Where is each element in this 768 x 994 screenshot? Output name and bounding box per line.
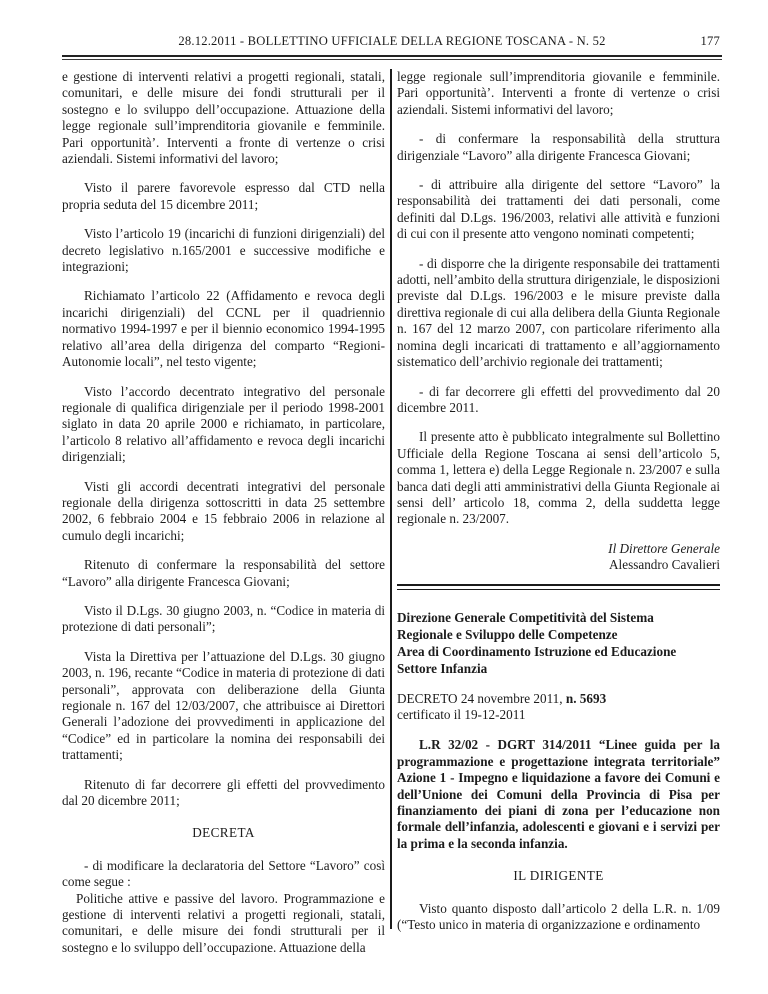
right-column: legge regionale sull’imprenditoria giova… [397,69,720,969]
body-paragraph: e gestione di interventi relativi a prog… [62,69,385,167]
bulletin-page: 28.12.2011 - BOLLETTINO UFFICIALE DELLA … [0,0,768,994]
page-header: 28.12.2011 - BOLLETTINO UFFICIALE DELLA … [62,34,722,49]
left-column: e gestione di interventi relativi a prog… [62,69,385,969]
column-divider [390,69,392,929]
decree-id-block: DECRETO 24 novembre 2011, n. 5693 certif… [397,691,720,724]
section-heading-line: Area di Coordinamento Istruzione ed Educ… [397,643,720,660]
decree-number-line: DECRETO 24 novembre 2011, n. 5693 [397,691,720,707]
body-paragraph: Visto l’accordo decentrato integrativo d… [62,384,385,466]
body-paragraph: Ritenuto di confermare la responsabilità… [62,557,385,590]
body-paragraph: - di confermare la responsabilità della … [397,131,720,164]
decree-certified: certificato il 19-12-2011 [397,707,720,723]
section-heading-line: Direzione Generale Competitività del Sis… [397,609,720,626]
body-paragraph: - di disporre che la dirigente responsab… [397,256,720,371]
body-paragraph: - di far decorrere gli effetti del provv… [397,384,720,417]
section-heading-line: Regionale e Sviluppo delle Competenze [397,626,720,643]
two-column-body: e gestione di interventi relativi a prog… [62,69,722,969]
page-number: 177 [701,34,721,49]
body-paragraph: - di modificare la declaratoria del Sett… [62,858,385,891]
section-heading: Direzione Generale Competitività del Sis… [397,609,720,677]
header-title: 28.12.2011 - BOLLETTINO UFFICIALE DELLA … [178,34,605,48]
body-paragraph: Visti gli accordi decentrati integrativi… [62,479,385,545]
body-paragraph: Visto il parere favorevole espresso dal … [62,180,385,213]
section-separator [397,584,720,590]
body-paragraph: - di attribuire alla dirigente del setto… [397,177,720,243]
decree-prefix: DECRETO 24 novembre 2011, [397,691,566,706]
dirigente-heading: IL DIRIGENTE [397,868,720,884]
body-paragraph: Il presente atto è pubblicato integralme… [397,429,720,527]
body-paragraph: Vista la Direttiva per l’attuazione del … [62,649,385,764]
body-paragraph: Visto l’articolo 19 (incarichi di funzio… [62,226,385,275]
body-paragraph: Ritenuto di far decorrere gli effetti de… [62,777,385,810]
header-rule [62,55,722,60]
body-paragraph: Richiamato l’articolo 22 (Affidamento e … [62,288,385,370]
decree-number: n. 5693 [566,691,606,706]
body-paragraph: legge regionale sull’imprenditoria giova… [397,69,720,118]
body-paragraph: Politiche attive e passive del lavoro. P… [62,891,385,957]
body-paragraph: Visto quanto disposto dall’articolo 2 de… [397,901,720,934]
decreta-heading: DECRETA [62,825,385,841]
decree-subject: L.R 32/02 - DGRT 314/2011 “Linee guida p… [397,737,720,852]
signature-role: Il Direttore Generale [397,541,720,557]
signature-name: Alessandro Cavalieri [397,557,720,573]
section-heading-line: Settore Infanzia [397,660,720,677]
body-paragraph: Visto il D.Lgs. 30 giugno 2003, n. “Codi… [62,603,385,636]
